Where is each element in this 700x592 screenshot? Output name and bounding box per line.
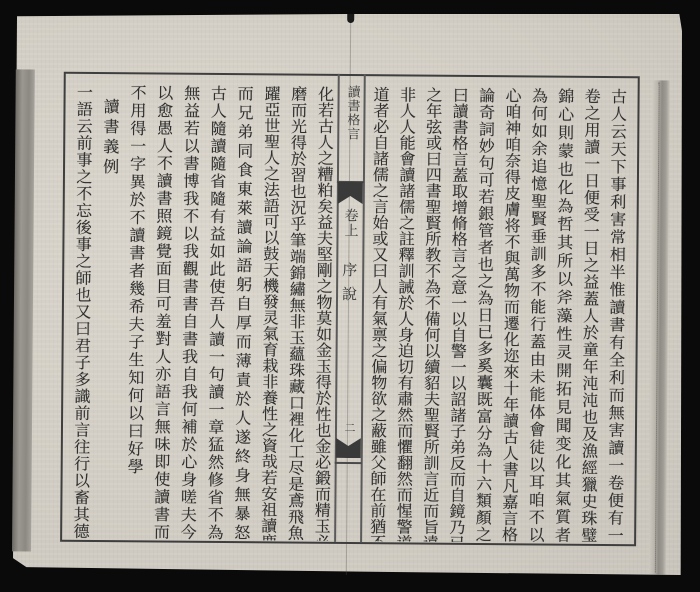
text-column: 化若古人之糟粕矣益夫堅剛之物莫如金玉得於性也金必鍛而精玉必 xyxy=(307,86,337,541)
text-column: 古人隨讀隨省隨有益如此使吾人讀一句讀一章猛然修省不為 xyxy=(200,85,230,540)
scan-background: 讀書格言 卷上 序說 二 古人云天下事利害常相半惟讀書有全利而無害讀一卷便有一 … xyxy=(0,0,700,592)
text-column: 不用得一字異於不讀書者幾希夫子生知何以曰好學 xyxy=(120,84,150,539)
text-column: 以愈愚人不讀書照鏡覺面目可羞對人亦語言無味即使讀書而 xyxy=(147,84,177,539)
text-column: 為何如余追憶聖賢垂訓多不能行蓋由未能体會徒以耳咱不以 xyxy=(522,87,552,542)
right-page-text: 古人云天下事利害常相半惟讀書有全利而無害讀一卷便有一 卷之用讀一日便受一日之益蓋… xyxy=(363,86,631,543)
text-column: 無益若以書博我不以我觀書書自書我自我何補於心身嗟夫今 xyxy=(173,85,203,540)
text-column: 躍亞世聖人之法語可以鼓天機發灵氣育栽非養性之資哉若安祖讀鹿鳴 xyxy=(254,85,284,540)
text-column: 錦心則蒙也化為哲其所以斧藻性灵開拓見聞变化其氣質者 xyxy=(548,88,578,543)
text-column: 論奇詞妙句可若銀管者也之為日已多奚囊既富分為十六類顏之 xyxy=(469,87,499,542)
right-binding-strip xyxy=(649,80,670,574)
text-column: 卷之用讀一日便受一日之益蓋人於童年沌沌也及漁經獵史珠璧 xyxy=(574,88,604,543)
banxin-volume-label: 卷上 xyxy=(340,208,360,238)
banxin-section-label: 序說 xyxy=(339,262,359,310)
text-column: 磨而光得於習也況乎筆端錦繡無非玉蘊珠藏口裡化工尽是鳶飛魚 xyxy=(281,85,311,540)
left-paper-repair-strip xyxy=(12,69,35,551)
banxin-page-number: 二 xyxy=(342,422,356,433)
text-column: 非人人能會讀諸儒之註釋訓誡於人身迫切有肅然而懼翻然而惺警道 xyxy=(390,86,420,541)
text-column: 心咱神咱奈得皮膚将不與萬物而遷化迩來十年讀古人書凡嘉言格 xyxy=(495,87,525,542)
text-column: 道者必自諸儒之言始或又曰人有氣禀之偏物欲之蔽雖父師在前猶不能 xyxy=(363,86,393,541)
text-column: 而兄弟同食東萊讀論語躬自厚而薄責於人遂終身無暴怒 xyxy=(227,85,257,540)
text-column: 之年弦或曰四書聖賢所教不為不備何以續貂夫聖賢所訓言近而旨遠 xyxy=(416,87,446,542)
left-page-text: 化若古人之糟粕矣益夫堅剛之物莫如金玉得於性也金必鍛而精玉必 磨而光得於習也況乎筆… xyxy=(66,84,338,541)
banxin-book-title: 讀書格言 xyxy=(341,85,361,141)
lower-fishtail-icon xyxy=(336,438,361,458)
printed-page-spread: 讀書格言 卷上 序說 二 古人云天下事利害常相半惟讀書有全利而無害讀一卷便有一 … xyxy=(0,0,700,592)
text-column: 曰讀書格言蓋取增脩格言之意一以自警一以詔諸子弟反而自鏡乃已事 xyxy=(442,87,472,542)
text-column: 一語云前事之不忘後事之師也又曰君子多識前言往行以畜其德 xyxy=(66,84,96,539)
fold-notch-mark xyxy=(347,14,354,23)
text-column: 古人云天下事利害常相半惟讀書有全利而無害讀一卷便有一 xyxy=(601,88,631,543)
banxin-lower-rule xyxy=(335,462,362,464)
section-heading: 讀書義例 xyxy=(93,84,123,539)
upper-fishtail-icon xyxy=(338,182,363,206)
